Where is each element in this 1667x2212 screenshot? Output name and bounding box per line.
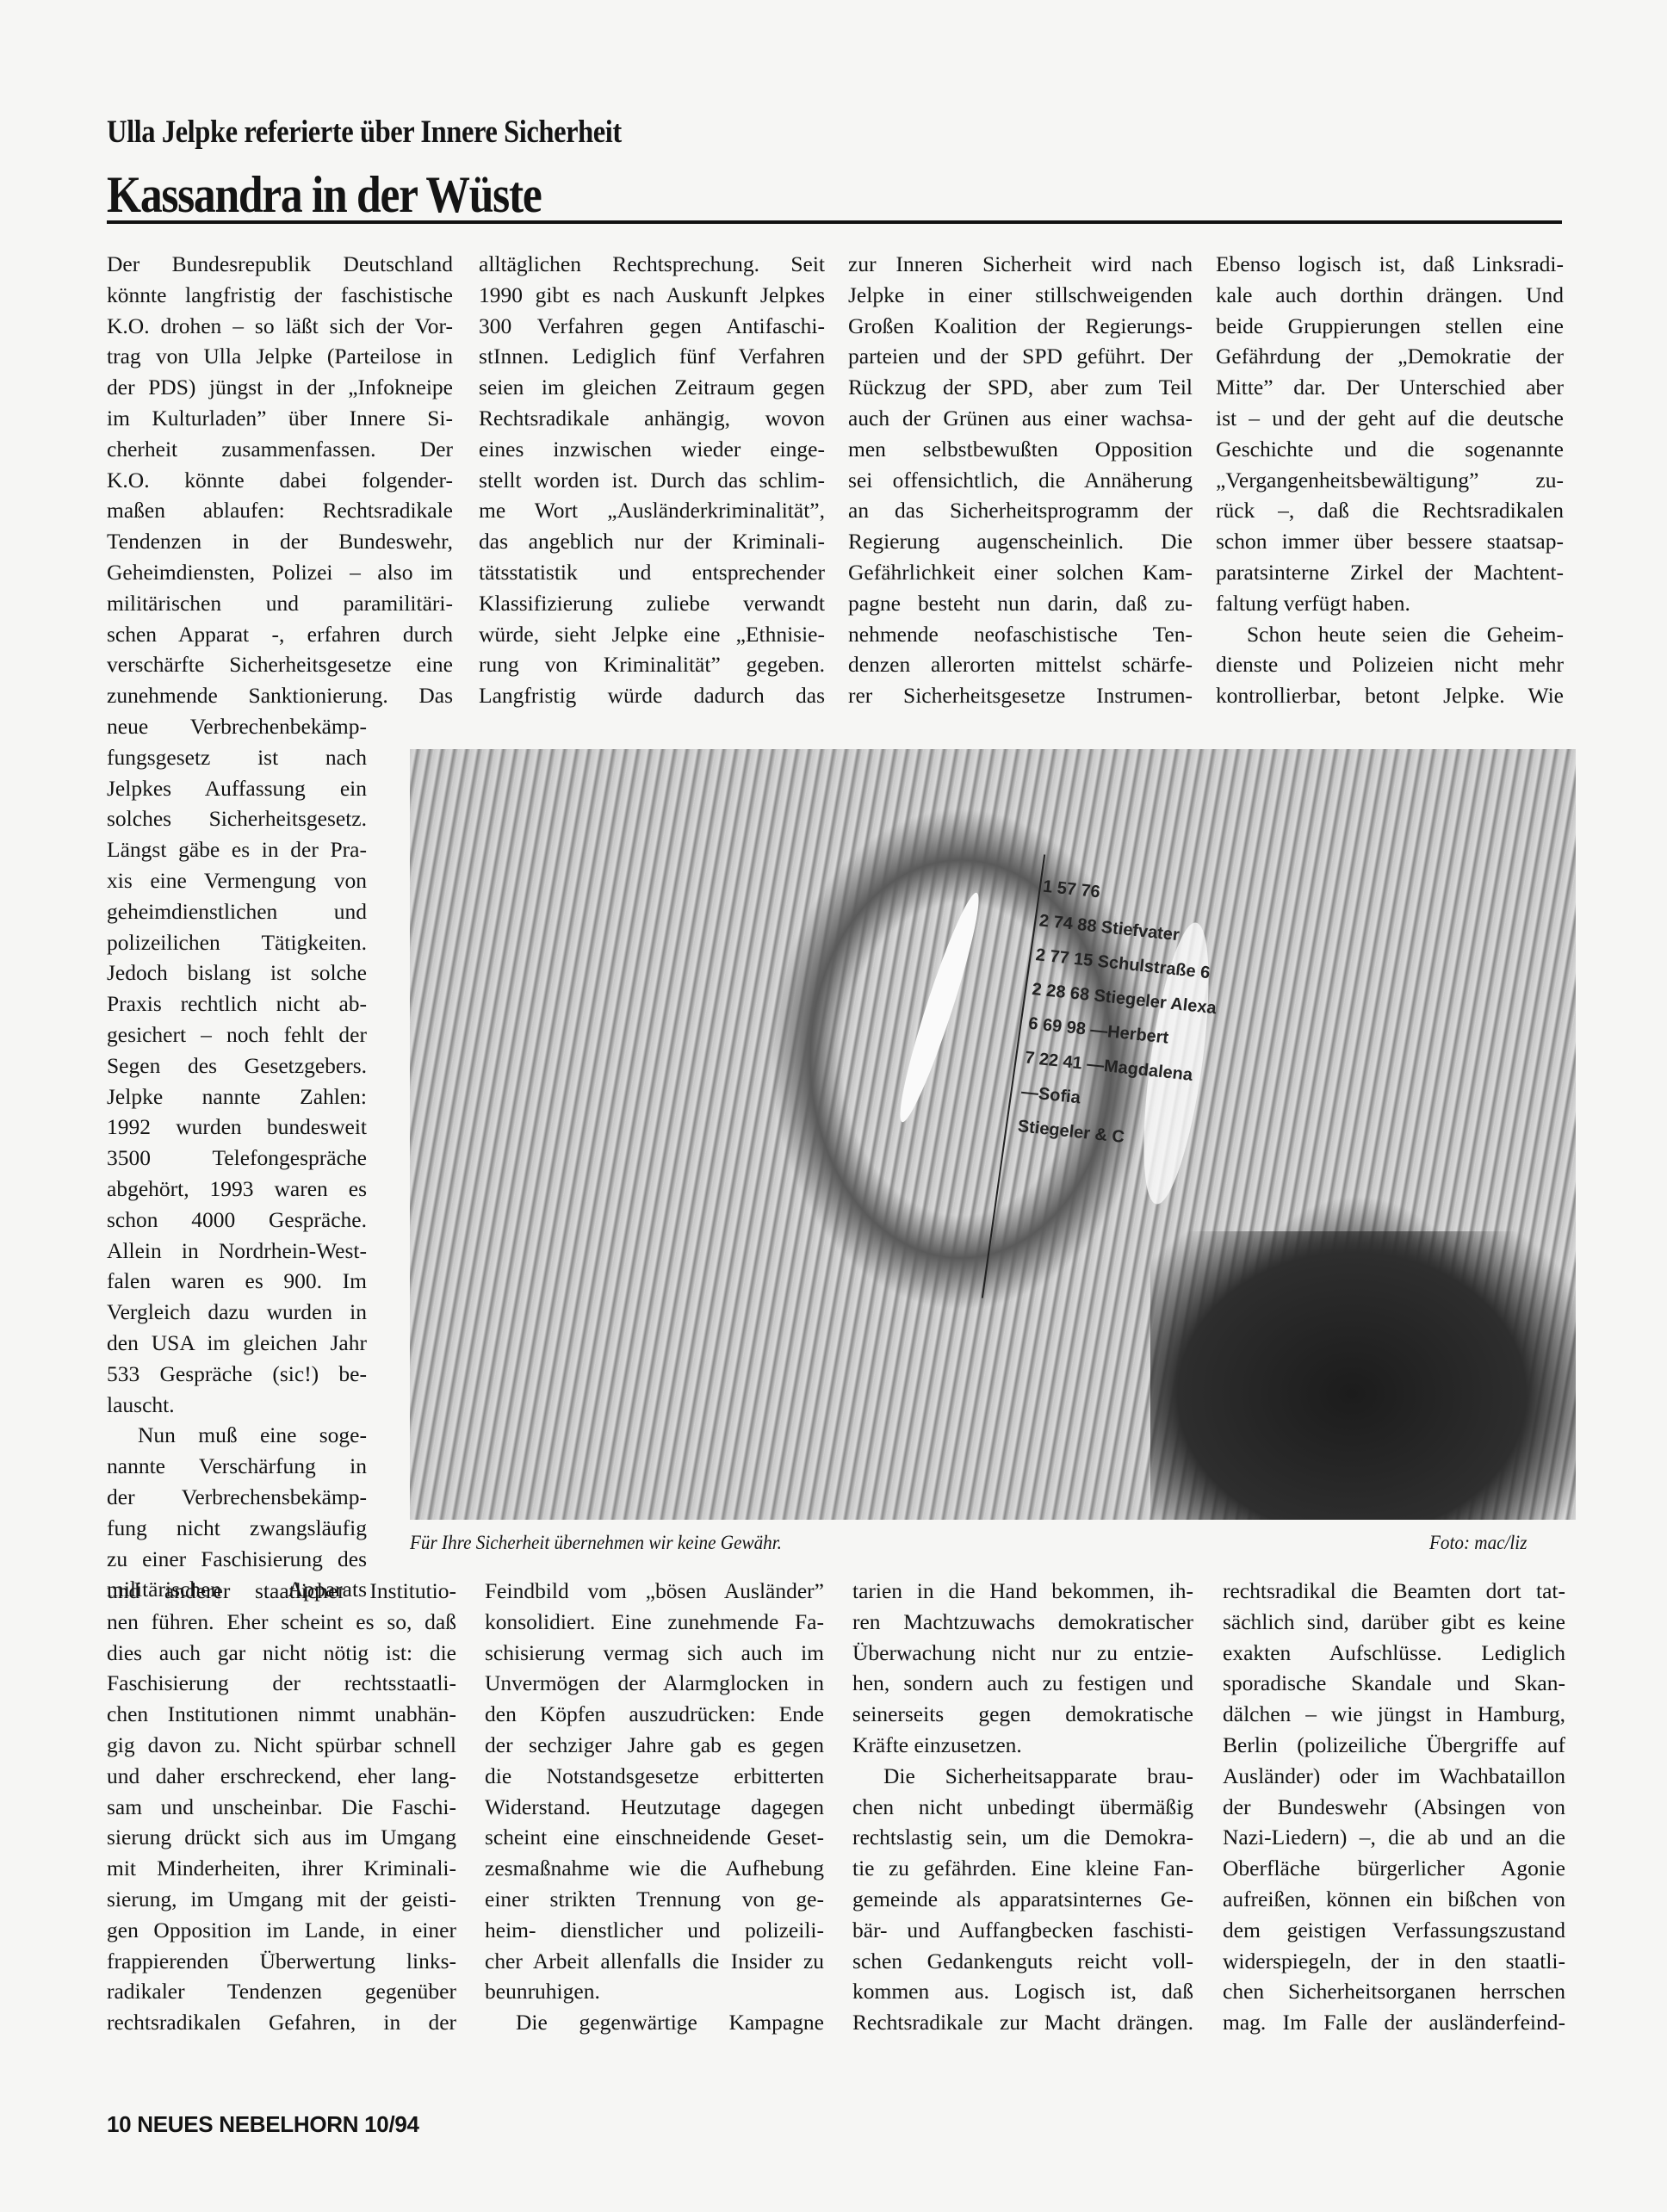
text-line: zur Inneren Sicherheit wird nach: [848, 249, 1193, 280]
photo-caption: Für Ihre Sicherheit übernehmen wir keine…: [410, 1532, 782, 1554]
text-line: Ebenso logisch ist, daß Linksradi-: [1216, 249, 1564, 280]
photo-magnifying-glass: 1 57 76 2 74 88 Stiefvater 2 77 15 Schul…: [410, 749, 1576, 1520]
text-line: „Vergangenheitsbewältigung” zu-: [1216, 465, 1564, 496]
text-line: Überwachung nicht nur zu entzie-: [852, 1638, 1193, 1669]
text-line: schen Apparat -, erfahren durch: [107, 619, 453, 650]
text-line: Der Bundesrepublik Deutschland: [107, 249, 453, 280]
photo-credit: Foto: mac/liz: [1429, 1532, 1527, 1554]
text-line: polizeilichen Tätigkeiten.: [107, 927, 367, 958]
lens-glare-icon: [889, 889, 988, 1126]
text-line: rück –, daß die Rechtsradikalen: [1216, 495, 1564, 526]
text-line: me Wort „Ausländerkriminalität”,: [479, 495, 825, 526]
text-line: den USA im gleichen Jahr: [107, 1328, 367, 1359]
text-line: dienste und Polizeien nicht mehr: [1216, 649, 1564, 680]
text-line: eines inzwischen wieder einge-: [479, 434, 825, 465]
text-line: dies auch gar nicht nötig ist: die: [107, 1638, 456, 1669]
text-line: schisierung vermag sich auch im: [485, 1638, 824, 1669]
text-line: K.O. könnte dabei folgender-: [107, 465, 453, 496]
text-line: Berlin (polizeiliche Übergriffe auf: [1223, 1730, 1565, 1761]
text-line: 1992 wurden bundesweit: [107, 1112, 367, 1143]
text-line: xis eine Vermengung von: [107, 865, 367, 896]
text-line: zu einer Faschisierung des: [107, 1544, 367, 1575]
text-line: maßen ablaufen: Rechtsradikale: [107, 495, 453, 526]
text-line: kommen aus. Logisch ist, daß: [852, 1976, 1193, 2007]
text-line: mit Minderheiten, ihrer Kriminali-: [107, 1853, 456, 1884]
phonebook-listing: 1 57 76 2 74 88 Stiefvater 2 77 15 Schul…: [1016, 870, 1229, 1163]
text-line: seinerseits gegen demokratische: [852, 1699, 1193, 1730]
text-line: bär- und Auffangbecken faschisti-: [852, 1915, 1193, 1946]
text-line: heim- dienstlicher und polizeili-: [485, 1915, 824, 1946]
text-line: auch der Grünen aus einer wachsa-: [848, 403, 1193, 434]
text-line: der sechziger Jahre gab es gegen: [485, 1730, 824, 1761]
photo-shadow: [1150, 1231, 1576, 1520]
text-line: Großen Koalition der Regierungs-: [848, 311, 1193, 342]
text-line: Die gegenwärtige Kampagne: [485, 2007, 824, 2038]
text-line: scheint eine einschneidende Geset-: [485, 1822, 824, 1853]
text-line: gemeinde als apparatsinternes Ge-: [852, 1884, 1193, 1915]
headline-rule: [107, 220, 1562, 224]
text-line: exakten Aufschlüsse. Lediglich: [1223, 1638, 1565, 1669]
text-line: sierung drückt sich aus im Umgang: [107, 1822, 456, 1853]
text-line: Faschisierung der rechtsstaatli-: [107, 1668, 456, 1699]
text-line: hen, sondern auch zu festigen und: [852, 1668, 1193, 1699]
text-line: paratsinterne Zirkel der Machtent-: [1216, 557, 1564, 588]
column-top-3: zur Inneren Sicherheit wird nachJelpke i…: [848, 249, 1193, 711]
text-line: men selbstbewußten Opposition: [848, 434, 1193, 465]
text-line: der Bundeswehr (Absingen von: [1223, 1792, 1565, 1823]
text-line: aufreißen, können ein bißchen von: [1223, 1884, 1565, 1915]
text-line: Längst gäbe es in der Pra-: [107, 834, 367, 865]
article-kicker: Ulla Jelpke referierte über Innere Siche…: [107, 114, 622, 151]
text-line: Gefährlichkeit einer solchen Kam-: [848, 557, 1193, 588]
text-line: Tendenzen in der Bundeswehr,: [107, 526, 453, 557]
column-bottom-3: tarien in die Hand bekommen, ih-ren Mach…: [852, 1576, 1193, 2038]
text-line: schen Gedankenguts reicht voll-: [852, 1946, 1193, 1977]
text-line: der Verbrechensbekämp-: [107, 1482, 367, 1513]
text-line: gig davon zu. Nicht spürbar schnell: [107, 1730, 456, 1761]
text-line: Langfristig würde dadurch das: [479, 680, 825, 711]
text-line: seien im gleichen Zeitraum gegen: [479, 372, 825, 403]
text-line: den Köpfen auszudrücken: Ende: [485, 1699, 824, 1730]
text-line: Nazi-Liedern) –, die ab und an die: [1223, 1822, 1565, 1853]
text-line: Jelpke nannte Zahlen:: [107, 1081, 367, 1112]
text-line: zunehmende Sanktionierung. Das: [107, 680, 453, 711]
text-line: kontrollierbar, betont Jelpke. Wie: [1216, 680, 1564, 711]
text-line: Geschichte und die sogenannte: [1216, 434, 1564, 465]
text-line: Die Sicherheitsapparate brau-: [852, 1761, 1193, 1792]
text-line: rung von Kriminalität” gegeben.: [479, 649, 825, 680]
text-line: falen waren es 900. Im: [107, 1266, 367, 1297]
text-line: kale auch dorthin drängen. Und: [1216, 280, 1564, 311]
text-line: nannte Verschärfung in: [107, 1451, 367, 1482]
text-line: nehmende neofaschistische Ten-: [848, 619, 1193, 650]
text-line: einer strikten Trennung von ge-: [485, 1884, 824, 1915]
article-headline: Kassandra in der Wüste: [107, 165, 541, 225]
text-line: das angeblich nur der Kriminali-: [479, 526, 825, 557]
text-line: Nun muß eine soge-: [107, 1420, 367, 1451]
text-line: Regierung augenscheinlich. Die: [848, 526, 1193, 557]
page-footer: 10 NEUES NEBELHORN 10/94: [107, 2111, 419, 2138]
column-bottom-4: rechtsradikal die Beamten dort tat-sächl…: [1223, 1576, 1565, 2038]
text-line: zesmaßnahme wie die Aufhebung: [485, 1853, 824, 1884]
text-line: tarien in die Hand bekommen, ih-: [852, 1576, 1193, 1607]
text-line: und daher erschreckend, eher lang-: [107, 1761, 456, 1792]
text-line: im Kulturladen” über Innere Si-: [107, 403, 453, 434]
text-line: schon immer über bessere staatsap-: [1216, 526, 1564, 557]
text-line: sporadische Skandale und Skan-: [1223, 1668, 1565, 1699]
text-line: könnte langfristig der faschistische: [107, 280, 453, 311]
text-line: und anderer staatlicher Institutio-: [107, 1576, 456, 1607]
text-line: verschärfte Sicherheitsgesetze eine: [107, 649, 453, 680]
text-line: fungsgesetz ist nach: [107, 742, 367, 773]
text-line: ist – und der geht auf die deutsche: [1216, 403, 1564, 434]
text-line: beide Gruppierungen stellen eine: [1216, 311, 1564, 342]
text-line: Gefährdung der „Demokratie der: [1216, 341, 1564, 372]
text-line: beunruhigen.: [485, 1976, 824, 2007]
text-line: 300 Verfahren gegen Antifaschi-: [479, 311, 825, 342]
text-line: nen führen. Eher scheint es so, daß: [107, 1607, 456, 1638]
text-line: ren Machtzuwachs demokratischer: [852, 1607, 1193, 1638]
text-line: die Notstandsgesetze erbitterten: [485, 1761, 824, 1792]
text-line: trag von Ulla Jelpke (Parteilose in: [107, 341, 453, 372]
text-line: gen Opposition im Lande, in einer: [107, 1915, 456, 1946]
column-narrow: neue Verbrechenbekämp-fungsgesetz ist na…: [107, 711, 367, 1605]
text-line: sächlich sind, darüber gibt es keine: [1223, 1607, 1565, 1638]
text-line: mag. Im Falle der ausländerfeind-: [1223, 2007, 1565, 2038]
text-line: abgehört, 1993 waren es: [107, 1174, 367, 1205]
text-line: Allein in Nordrhein-West-: [107, 1236, 367, 1267]
text-line: cher Arbeit allenfalls die Insider zu: [485, 1946, 824, 1977]
text-line: Geheimdiensten, Polizei – also im: [107, 557, 453, 588]
text-line: 3500 Telefongespräche: [107, 1143, 367, 1174]
text-line: Jedoch bislang ist solche: [107, 957, 367, 988]
text-line: Oberfläche bürgerlicher Agonie: [1223, 1853, 1565, 1884]
text-line: schon 4000 Gespräche.: [107, 1205, 367, 1236]
text-line: faltung verfügt haben.: [1216, 588, 1564, 619]
text-line: widerspiegeln, der in den staatli-: [1223, 1946, 1565, 1977]
text-line: Segen des Gesetzgebers.: [107, 1050, 367, 1081]
text-line: rechtslastig sein, um die Demokra-: [852, 1822, 1193, 1853]
text-line: würde, sieht Jelpke eine „Ethnisie-: [479, 619, 825, 650]
text-line: alltäglichen Rechtsprechung. Seit: [479, 249, 825, 280]
text-line: K.O. drohen – so läßt sich der Vor-: [107, 311, 453, 342]
text-line: 533 Gespräche (sic!) be-: [107, 1359, 367, 1390]
text-line: parteien und der SPD geführt. Der: [848, 341, 1193, 372]
text-line: frappierenden Überwertung links-: [107, 1946, 456, 1977]
text-line: Rechtsradikale zur Macht drängen.: [852, 2007, 1193, 2038]
text-line: cherheit zusammenfassen. Der: [107, 434, 453, 465]
text-line: tätsstatistik und entsprechender: [479, 557, 825, 588]
text-line: Unvermögen der Alarmglocken in: [485, 1668, 824, 1699]
text-line: lauscht.: [107, 1390, 367, 1421]
text-line: militärischen und paramilitäri-: [107, 588, 453, 619]
column-top-2: alltäglichen Rechtsprechung. Seit1990 gi…: [479, 249, 825, 711]
text-line: stInnen. Lediglich fünf Verfahren: [479, 341, 825, 372]
text-line: dem geistigen Verfassungszustand: [1223, 1915, 1565, 1946]
text-line: solches Sicherheitsgesetz.: [107, 803, 367, 834]
text-line: Rückzug der SPD, aber zum Teil: [848, 372, 1193, 403]
text-line: Vergleich dazu wurden in: [107, 1297, 367, 1328]
text-line: Mitte” dar. Der Unterschied aber: [1216, 372, 1564, 403]
text-line: an das Sicherheitsprogramm der: [848, 495, 1193, 526]
text-line: gesichert – noch fehlt der: [107, 1019, 367, 1050]
text-line: Klassifizierung zuliebe verwandt: [479, 588, 825, 619]
column-bottom-1: und anderer staatlicher Institutio-nen f…: [107, 1576, 456, 2038]
text-line: rechtsradikalen Gefahren, in der: [107, 2007, 456, 2038]
text-line: Praxis rechtlich nicht ab-: [107, 988, 367, 1019]
text-line: Jelpkes Auffassung ein: [107, 773, 367, 804]
text-line: sam und unscheinbar. Die Faschi-: [107, 1792, 456, 1823]
text-line: dälchen – wie jüngst in Hamburg,: [1223, 1699, 1565, 1730]
text-line: radikaler Tendenzen gegenüber: [107, 1976, 456, 2007]
text-line: rer Sicherheitsgesetze Instrumen-: [848, 680, 1193, 711]
text-line: chen Sicherheitsorganen herrschen: [1223, 1976, 1565, 2007]
column-top-1: Der Bundesrepublik Deutschlandkönnte lan…: [107, 249, 453, 711]
text-line: sei offensichtlich, die Annäherung: [848, 465, 1193, 496]
text-line: chen Institutionen nimmt unabhän-: [107, 1699, 456, 1730]
text-line: Widerstand. Heutzutage dagegen: [485, 1792, 824, 1823]
text-line: konsolidiert. Eine zunehmende Fa-: [485, 1607, 824, 1638]
text-line: fung nicht zwangsläufig: [107, 1513, 367, 1544]
text-line: Ausländer) oder im Wachbataillon: [1223, 1761, 1565, 1792]
column-bottom-2: Feindbild vom „bösen Ausländer”konsolidi…: [485, 1576, 824, 2038]
text-line: sierung, im Umgang mit der geisti-: [107, 1884, 456, 1915]
text-line: Feindbild vom „bösen Ausländer”: [485, 1576, 824, 1607]
text-line: Schon heute seien die Geheim-: [1216, 619, 1564, 650]
text-line: pagne besteht nun darin, daß zu-: [848, 588, 1193, 619]
text-line: chen nicht unbedingt übermäßig: [852, 1792, 1193, 1823]
text-line: rechtsradikal die Beamten dort tat-: [1223, 1576, 1565, 1607]
text-line: neue Verbrechenbekämp-: [107, 711, 367, 742]
text-line: Rechtsradikale anhängig, wovon: [479, 403, 825, 434]
text-line: denzen allerorten mittelst schärfe-: [848, 649, 1193, 680]
text-line: Kräfte einzusetzen.: [852, 1730, 1193, 1761]
text-line: geheimdienstlichen und: [107, 896, 367, 927]
column-top-4: Ebenso logisch ist, daß Linksradi-kale a…: [1216, 249, 1564, 711]
text-line: Jelpke in einer stillschweigenden: [848, 280, 1193, 311]
text-line: stellt worden ist. Durch das schlim-: [479, 465, 825, 496]
text-line: tie zu gefährden. Eine kleine Fan-: [852, 1853, 1193, 1884]
text-line: der PDS) jüngst in der „Infokneipe: [107, 372, 453, 403]
text-line: 1990 gibt es nach Auskunft Jelpkes: [479, 280, 825, 311]
